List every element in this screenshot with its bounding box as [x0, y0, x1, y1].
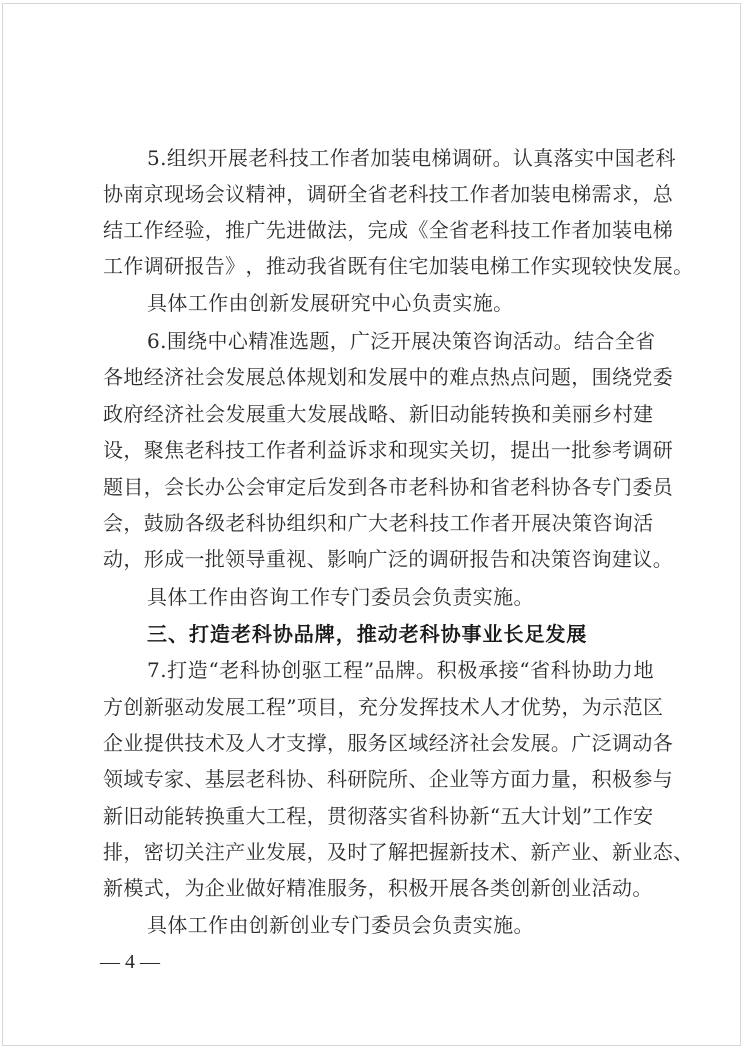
item-5-line-2: 协 南 京 现 场 会 议 精 神 ， 调 研 全 省 老 科 技 工 作 者 …	[103, 179, 653, 209]
item-7-line-7: 新 模 式 ， 为 企 业 做 好 精 准 服 务 ， 积 极 开 展 各 类 …	[103, 873, 653, 903]
section-heading: 三 、 打 造 老 科 协 品 牌 ， 推 动 老 科 协 事 业 长 足 发 …	[147, 619, 653, 649]
item-6-line-4: 设 ， 聚 焦 老 科 技 工 作 者 利 益 诉 求 和 现 实 关 切 ， …	[103, 435, 653, 465]
item-6-line-3: 政 府 经 济 社 会 发 展 重 大 发 展 战 略 、 新 旧 动 能 转 …	[103, 399, 653, 429]
item-6-line-5: 题 目 ， 会 长 办 公 会 审 定 后 发 到 各 市 老 科 协 和 省 …	[103, 472, 653, 502]
item-7-line-1: 7 . 打 造 “ 老 科 协 创 驱 工 程 ” 品 牌 。 积 极 承 接 …	[147, 655, 653, 685]
item-7-line-6: 排 ， 密 切 关 注 产 业 发 展 ， 及 时 了 解 把 握 新 技 术 …	[103, 837, 653, 867]
item-7-line-2: 方 创 新 驱 动 发 展 工 程 ” 项 目 ， 充 分 发 挥 技 术 人 …	[103, 692, 653, 722]
item-5-responsible: 具 体 工 作 由 创 新 发 展 研 究 中 心 负 责 实 施 。	[147, 288, 653, 318]
item-6-responsible: 具 体 工 作 由 咨 询 工 作 专 门 委 员 会 负 责 实 施 。	[147, 582, 653, 612]
item-5-line-4: 工 作 调 研 报 告 》 ， 推 动 我 省 既 有 住 宅 加 装 电 梯 …	[103, 251, 653, 281]
item-6-line-1: 6 . 围 绕 中 心 精 准 选 题 ， 广 泛 开 展 决 策 咨 询 活 …	[147, 326, 653, 356]
item-5-line-3: 结 工 作 经 验 ， 推 广 先 进 做 法 ， 完 成 《 全 省 老 科 …	[103, 215, 653, 245]
item-5-line-1: 5 . 组 织 开 展 老 科 技 工 作 者 加 装 电 梯 调 研 。 认 …	[147, 143, 653, 173]
item-7-line-4: 领 域 专 家 、 基 层 老 科 协 、 科 研 院 所 、 企 业 等 方 …	[103, 764, 653, 794]
page-number: — 4 —	[100, 948, 160, 976]
item-7-responsible: 具 体 工 作 由 创 新 创 业 专 门 委 员 会 负 责 实 施 。	[147, 910, 653, 940]
item-6-line-6: 会 ， 鼓 励 各 级 老 科 协 组 织 和 广 大 老 科 技 工 作 者 …	[103, 508, 653, 538]
item-7-line-3: 企 业 提 供 技 术 及 人 才 支 撑 ， 服 务 区 域 经 济 社 会 …	[103, 728, 653, 758]
item-6-line-2: 各 地 经 济 社 会 发 展 总 体 规 划 和 发 展 中 的 难 点 热 …	[103, 362, 653, 392]
item-7-line-5: 新 旧 动 能 转 换 重 大 工 程 ， 贯 彻 落 实 省 科 协 新 “ …	[103, 801, 653, 831]
document-page: 5 . 组 织 开 展 老 科 技 工 作 者 加 装 电 梯 调 研 。 认 …	[2, 3, 741, 1046]
item-6-line-7: 动 ， 形 成 一 批 领 导 重 视 、 影 响 广 泛 的 调 研 报 告 …	[103, 544, 653, 574]
